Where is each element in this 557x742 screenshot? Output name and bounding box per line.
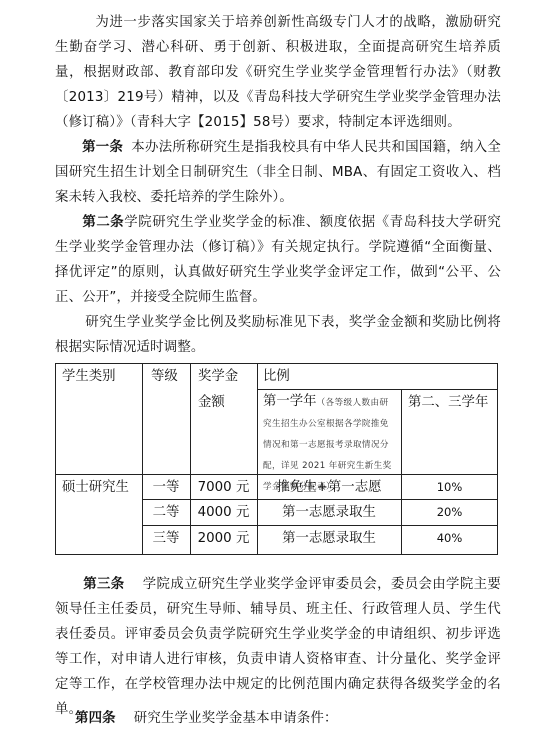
row-3-later-years: 40% xyxy=(401,526,498,551)
row-3-first-year: 第一志愿录取生 xyxy=(257,526,401,551)
row-1-first-year: 推免生+第一志愿 xyxy=(257,475,401,500)
header-amount-line1: 奖学金 xyxy=(198,364,238,389)
header-student-type: 学生类别 xyxy=(62,364,116,389)
header-grade: 等级 xyxy=(151,364,178,389)
row-2-first-year: 第一志愿录取生 xyxy=(257,500,401,525)
intro-text: 为进一步落实国家关于培养创新性高级专门人才的战略，激励研究生勤奋学习、潜心科研、… xyxy=(55,15,501,130)
student-type-cell: 硕士研究生 xyxy=(62,475,129,500)
header-first-year-label: 第一学年 xyxy=(263,394,317,409)
document-page: 为进一步落实国家关于培养创新性高级专门人才的战略，激励研究生勤奋学习、潜心科研、… xyxy=(0,0,557,742)
article-3-label: 第三条 xyxy=(83,577,125,592)
article-1-label: 第一条 xyxy=(82,140,123,155)
row-2-amount: 4000 元 xyxy=(190,500,257,525)
article-4-text: 研究生学业奖学金基本申请条件： xyxy=(134,711,338,726)
scholarship-table: 学生类别 等级 奖学金 金额 比例 第一学年（各等级人数由研究生招生办公室根据各… xyxy=(55,363,498,555)
header-later-years: 第二、三学年 xyxy=(408,390,488,415)
row-1-later-years: 10% xyxy=(401,475,498,500)
row-1-amount: 7000 元 xyxy=(190,475,257,500)
article-2-label: 第二条 xyxy=(82,215,124,230)
article-4-paragraph: 第四条研究生学业奖学金基本申请条件： xyxy=(55,706,501,731)
header-ratio: 比例 xyxy=(263,364,290,389)
table-intro-text: 研究生学业奖学金比例及奖励标准见下表，奖学金金额和奖励比例将根据实际情况适时调整… xyxy=(55,315,501,355)
article-3-paragraph: 第三条学院成立研究生学业奖学金评审委员会，委员会由学院主要领导任主任委员，研究生… xyxy=(55,572,501,722)
table-intro-paragraph: 研究生学业奖学金比例及奖励标准见下表，奖学金金额和奖励比例将根据实际情况适时调整… xyxy=(55,310,501,360)
article-1-paragraph: 第一条本办法所称研究生是指我校具有中华人民共和国国籍，纳入全国研究生招生计划全日… xyxy=(55,135,501,210)
row-3-amount: 2000 元 xyxy=(190,526,257,551)
header-amount-line2: 金额 xyxy=(198,390,225,415)
article-3-text: 学院成立研究生学业奖学金评审委员会，委员会由学院主要领导任主任委员，研究生导师、… xyxy=(55,577,501,717)
article-4-label: 第四条 xyxy=(75,711,116,726)
row-2-later-years: 20% xyxy=(401,500,498,525)
article-2-paragraph: 第二条学院研究生学业奖学金的标准、额度依据《青岛科技大学研究生学业奖学金管理办法… xyxy=(55,210,501,310)
row-1-grade: 一等 xyxy=(142,475,190,500)
intro-paragraph: 为进一步落实国家关于培养创新性高级专门人才的战略，激励研究生勤奋学习、潜心科研、… xyxy=(55,10,501,135)
row-2-grade: 二等 xyxy=(142,500,190,525)
row-3-grade: 三等 xyxy=(142,526,190,551)
